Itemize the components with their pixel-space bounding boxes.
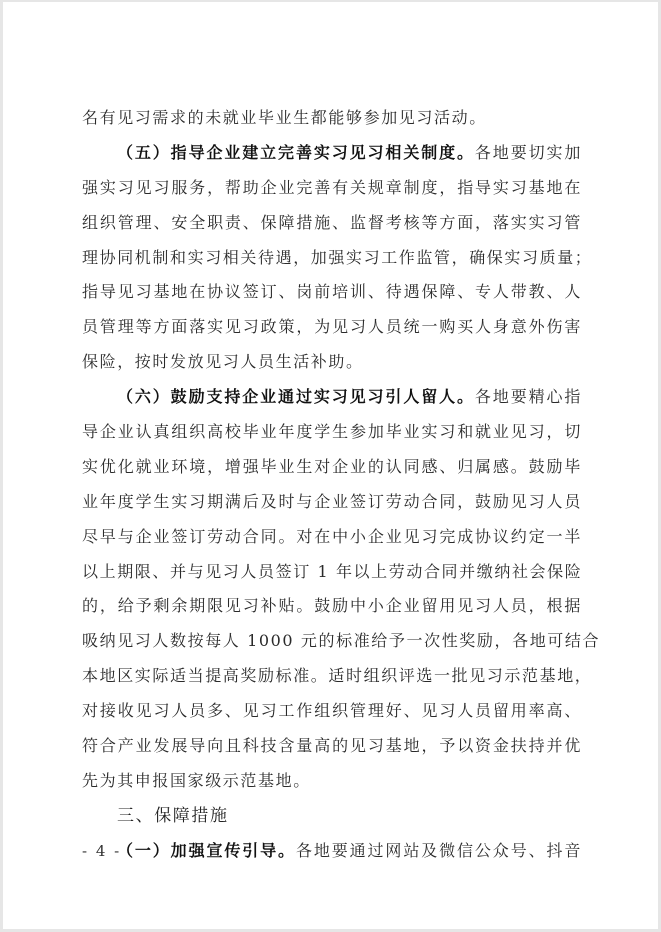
line-text: 对接收见习人员多、见习工作组织管理好、见习人员留用率高、 xyxy=(82,701,582,720)
line-text: 本地区实际适当提高奖励标准。适时组织评选一批见习示范基地， xyxy=(82,666,592,685)
line-text: 导企业认真组织高校毕业年度学生参加毕业实习和就业见习，切 xyxy=(82,422,582,441)
text-line: 组织管理、安全职责、保障措施、监督考核等方面，落实实习管 xyxy=(82,206,582,241)
document-page: 名有见习需求的未就业毕业生都能够参加见习活动。 （五）指导企业建立完善实习见习相… xyxy=(3,2,658,929)
section-heading-1: （一）加强宣传引导。 xyxy=(117,841,296,860)
line-text: 员管理等方面落实见习政策，为见习人员统一购买人身意外伤害 xyxy=(82,317,582,336)
chapter-heading-safeguards: 三、保障措施 xyxy=(117,806,229,826)
line-text: 吸纳见习人数按每人 1000 元的标准给予一次性奖励，各地可结合 xyxy=(82,631,600,650)
line-text: 尽早与企业签订劳动合同。对在中小企业见习完成协议约定一半 xyxy=(82,527,582,546)
text-line: 导企业认真组织高校毕业年度学生参加毕业实习和就业见习，切 xyxy=(82,415,582,450)
text-line: 先为其申报国家级示范基地。 xyxy=(82,764,582,799)
section-heading-line: （五）指导企业建立完善实习见习相关制度。各地要切实加 xyxy=(82,136,582,171)
line-text: 名有见习需求的未就业毕业生都能够参加见习活动。 xyxy=(82,108,487,127)
section-heading-6: （六）鼓励支持企业通过实习见习引人留人。 xyxy=(117,387,475,406)
text-line: 对接收见习人员多、见习工作组织管理好、见习人员留用率高、 xyxy=(82,694,582,729)
section-heading-5: （五）指导企业建立完善实习见习相关制度。 xyxy=(117,143,475,162)
line-text: 组织管理、安全职责、保障措施、监督考核等方面，落实实习管 xyxy=(82,213,582,232)
text-line: 名有见习需求的未就业毕业生都能够参加见习活动。 xyxy=(82,101,582,136)
page-number: - 4 - xyxy=(82,842,121,860)
line-text: 保险，按时发放见习人员生活补助。 xyxy=(82,352,364,371)
line-text: 指导见习基地在协议签订、岗前培训、待遇保障、专人带教、人 xyxy=(82,282,582,301)
section-heading-line: （六）鼓励支持企业通过实习见习引人留人。各地要精心指 xyxy=(82,380,582,415)
text-line: 员管理等方面落实见习政策，为见习人员统一购买人身意外伤害 xyxy=(82,310,582,345)
document-body: 名有见习需求的未就业毕业生都能够参加见习活动。 （五）指导企业建立完善实习见习相… xyxy=(82,101,582,869)
text-line: 指导见习基地在协议签订、岗前培训、待遇保障、专人带教、人 xyxy=(82,275,582,310)
text-line: 符合产业发展导向且科技含量高的见习基地，予以资金扶持并优 xyxy=(82,729,582,764)
line-text: 理协同机制和实习相关待遇，加强实习工作监管，确保实习质量； xyxy=(82,248,592,267)
text-line: 的，给予剩余期限见习补贴。鼓励中小企业留用见习人员，根据 xyxy=(82,589,582,624)
line-text: 强实习见习服务，帮助企业完善有关规章制度，指导实习基地在 xyxy=(82,178,582,197)
text-line: 吸纳见习人数按每人 1000 元的标准给予一次性奖励，各地可结合 xyxy=(82,624,582,659)
text-line: 尽早与企业签订劳动合同。对在中小企业见习完成协议约定一半 xyxy=(82,520,582,555)
line-text: 以上期限、并与见习人员签订 1 年以上劳动合同并缴纳社会保险 xyxy=(82,562,582,581)
text-line: 本地区实际适当提高奖励标准。适时组织评选一批见习示范基地， xyxy=(82,659,582,694)
line-text: 各地要切实加 xyxy=(475,143,582,162)
chapter-heading-line: 三、保障措施 xyxy=(82,799,582,834)
line-text: 业年度学生实习期满后及时与企业签订劳动合同，鼓励见习人员 xyxy=(82,492,582,511)
line-text: 各地要精心指 xyxy=(475,387,582,406)
section-heading-line: （一）加强宣传引导。各地要通过网站及微信公众号、抖音 xyxy=(82,834,582,869)
line-text: 符合产业发展导向且科技含量高的见习基地，予以资金扶持并优 xyxy=(82,736,582,755)
text-line: 业年度学生实习期满后及时与企业签订劳动合同，鼓励见习人员 xyxy=(82,485,582,520)
line-text: 实优化就业环境，增强毕业生对企业的认同感、归属感。鼓励毕 xyxy=(82,457,582,476)
line-text: 各地要通过网站及微信公众号、抖音 xyxy=(296,841,582,860)
line-text: 先为其申报国家级示范基地。 xyxy=(82,771,311,790)
line-text: 的，给予剩余期限见习补贴。鼓励中小企业留用见习人员，根据 xyxy=(82,596,582,615)
text-line: 理协同机制和实习相关待遇，加强实习工作监管，确保实习质量； xyxy=(82,241,582,276)
text-line: 实优化就业环境，增强毕业生对企业的认同感、归属感。鼓励毕 xyxy=(82,450,582,485)
text-line: 强实习见习服务，帮助企业完善有关规章制度，指导实习基地在 xyxy=(82,171,582,206)
text-line: 以上期限、并与见习人员签订 1 年以上劳动合同并缴纳社会保险 xyxy=(82,555,582,590)
text-line: 保险，按时发放见习人员生活补助。 xyxy=(82,345,582,380)
